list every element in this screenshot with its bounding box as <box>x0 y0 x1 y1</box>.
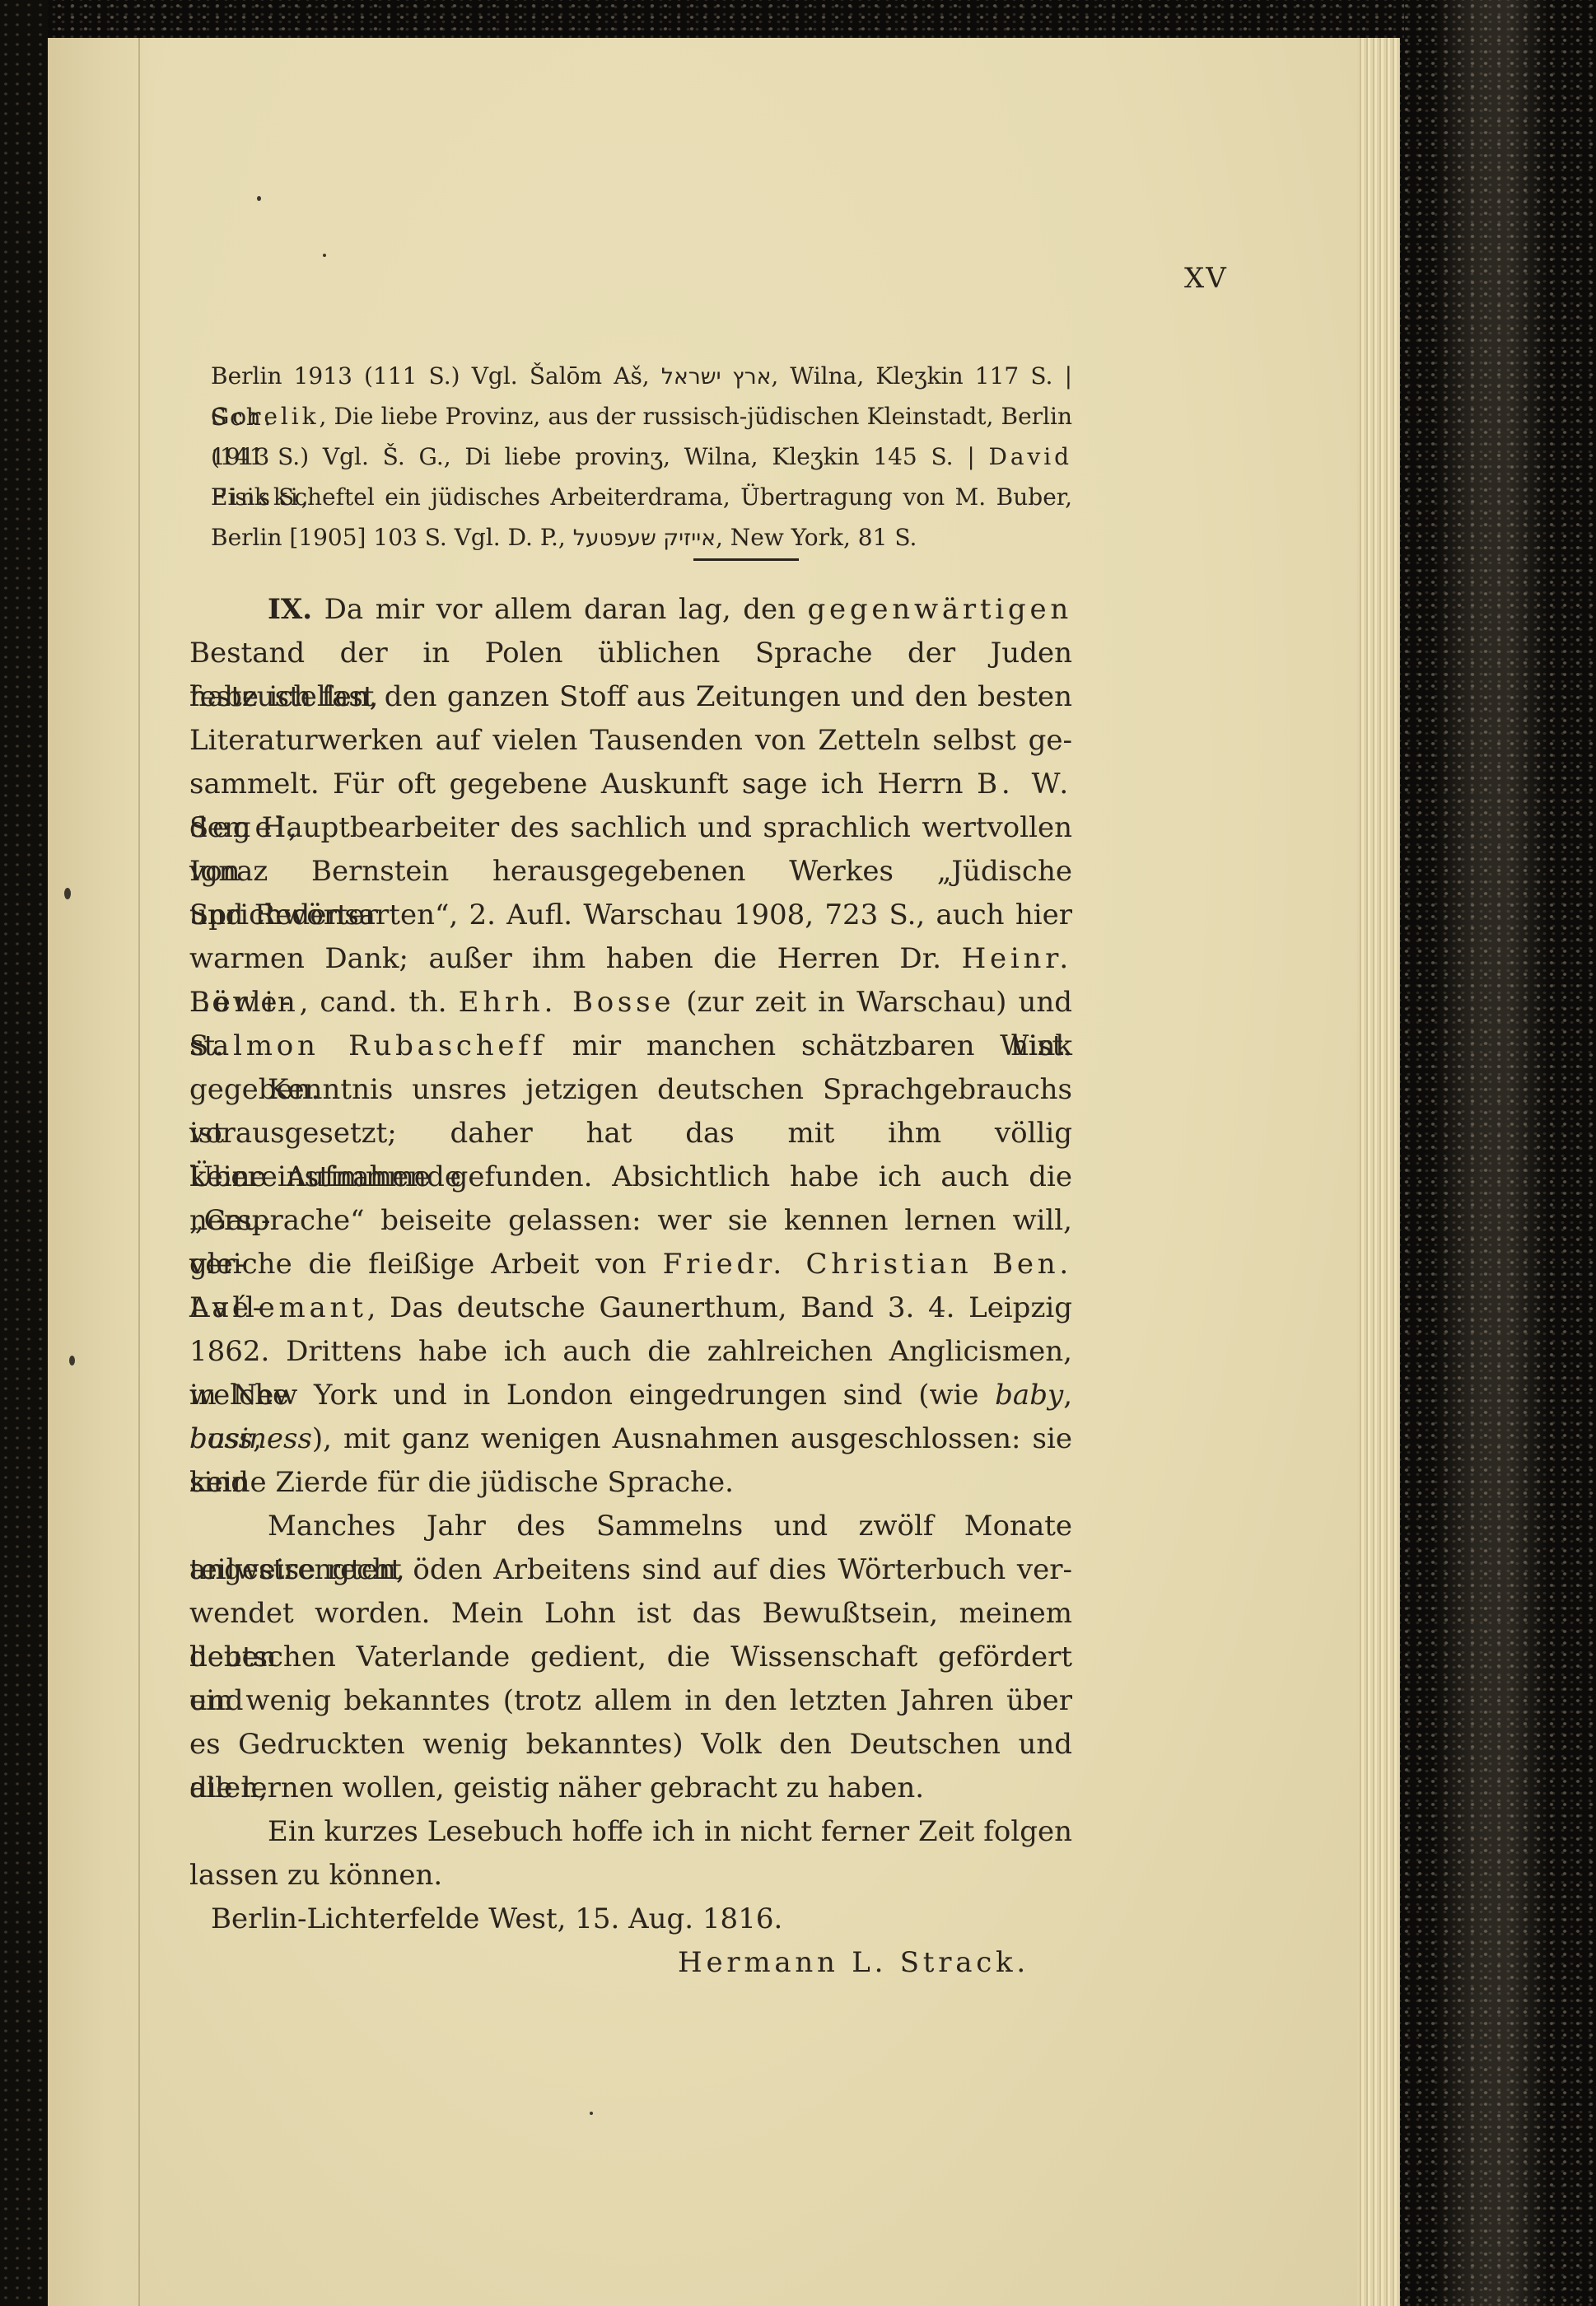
text-line: gleiche die fleißige Arbeit von Friedr. … <box>189 1243 1072 1286</box>
text-line: Eisik Scheftel ein jüdisches Arbeiterdra… <box>211 477 1072 517</box>
text-line: ein wenig bekanntes (trotz allem in den … <box>189 1679 1072 1723</box>
text-line: dem Hauptbearbeiter des sachlich und spr… <box>189 806 1072 850</box>
text-segment-b: IX. <box>268 593 312 626</box>
text-line: business), mit ganz wenigen Ausnahmen au… <box>189 1417 1072 1461</box>
text-line: keine Aufnahme gefunden. Absichtlich hab… <box>189 1155 1072 1199</box>
text-segment-sp: Ehrh. Bosse <box>459 986 675 1019</box>
book-scan: XV Berlin 1913 (111 S.) Vgl. Šalōm Aš, א… <box>0 0 1596 2306</box>
text-segment-sp: Salmon Rubascheff <box>189 1029 547 1062</box>
preface-text: IX. Da mir vor allem daran lag, den gege… <box>189 588 1072 1985</box>
text-line: Literaturwerken auf vielen Tausenden von… <box>189 719 1072 763</box>
signature: Hermann L. Strack. <box>189 1941 1072 1985</box>
text-column: Berlin 1913 (111 S.) Vgl. Šalōm Aš, ארץ … <box>189 0 1072 2306</box>
text-line: in New York und in London eingedrungen s… <box>189 1374 1072 1417</box>
text-line: Manches Jahr des Sammelns und zwölf Mona… <box>189 1505 1072 1548</box>
footnote-rule <box>693 558 799 561</box>
page-number: XV <box>1184 262 1228 295</box>
text-line: Berlin 1913 (111 S.) Vgl. Šalōm Aš, ארץ … <box>211 356 1072 396</box>
text-line: warmen Dank; außer ihm haben die Herren … <box>189 937 1072 981</box>
paper-speck <box>64 888 71 899</box>
text-line: (141 S.) Vgl. Š. G., Di liebe provinʒ, W… <box>211 436 1072 477</box>
text-line: Lallemant, Das deutsche Gaunerthum, Band… <box>189 1286 1072 1330</box>
text-segment-it: business <box>189 1422 312 1455</box>
book-cover-right <box>1400 0 1596 2306</box>
text-segment-he: אייזיק שעפטעל <box>573 525 716 551</box>
text-line: vorausgesetzt; daher hat das mit ihm völ… <box>189 1112 1072 1155</box>
text-line: Berlin [1905] 103 S. Vgl. D. P., אייזיק … <box>211 517 1072 558</box>
date-line: Berlin-Lichterfelde West, 15. Aug. 1816. <box>189 1898 1072 1941</box>
text-line: Berlin, cand. th. Ehrh. Bosse (zur zeit … <box>189 981 1072 1025</box>
text-line: wendet worden. Mein Lohn ist das Bewußts… <box>189 1592 1072 1636</box>
text-line: lassen zu können. <box>189 1854 1072 1898</box>
text-segment-sp: Berlin <box>189 986 300 1019</box>
text-line: Bestand der in Polen üblichen Sprache de… <box>189 632 1072 675</box>
gutter-crease <box>138 36 140 2306</box>
text-segment-sp: Lallemant <box>189 1291 367 1324</box>
text-line: nersprache“ beiseite gelassen: wer sie k… <box>189 1199 1072 1243</box>
text-line: IX. Da mir vor allem daran lag, den gege… <box>189 588 1072 632</box>
text-line: Gorelik, Die liebe Provinz, aus der russ… <box>211 396 1072 436</box>
text-line: keine Zierde für die jüdische Sprache. <box>189 1461 1072 1505</box>
text-line: Ein kurzes Lesebuch hoffe ich in nicht f… <box>189 1810 1072 1854</box>
text-line: teilweise recht öden Arbeitens sind auf … <box>189 1548 1072 1592</box>
text-line: 1862. Drittens habe ich auch die zahlrei… <box>189 1330 1072 1374</box>
text-line: sammelt. Für oft gegebene Auskunft sage … <box>189 763 1072 806</box>
text-segment-sp: Hermann L. Strack. <box>678 1946 1029 1979</box>
text-line: und Redensarten“, 2. Aufl. Warschau 1908… <box>189 894 1072 937</box>
text-line: es Gedruckten wenig bekanntes) Volk den … <box>189 1723 1072 1767</box>
text-segment-it: baby <box>995 1379 1063 1412</box>
paper-speck <box>69 1356 75 1365</box>
text-line: habe ich fast den ganzen Stoff aus Zeitu… <box>189 675 1072 719</box>
text-segment-he: ארץ ישראל <box>661 364 772 390</box>
text-line: Ignaz Bernstein herausgegebenen Werkes „… <box>189 850 1072 894</box>
text-segment-sp: Gorelik <box>211 403 320 430</box>
book-binding-left <box>0 0 48 2306</box>
bibliography-note: Berlin 1913 (111 S.) Vgl. Šalōm Aš, ארץ … <box>211 356 1072 558</box>
text-segment-sp: gegenwärtigen <box>808 593 1073 626</box>
text-line: Salmon Rubascheff mir manchen schätzbare… <box>189 1025 1072 1068</box>
text-line: die lernen wollen, geistig näher gebrach… <box>189 1767 1072 1810</box>
page-edge-stack <box>1357 36 1404 2306</box>
text-line: deutschen Vaterlande gedient, die Wissen… <box>189 1636 1072 1679</box>
text-line: Kenntnis unsres jetzigen deutschen Sprac… <box>189 1068 1072 1112</box>
